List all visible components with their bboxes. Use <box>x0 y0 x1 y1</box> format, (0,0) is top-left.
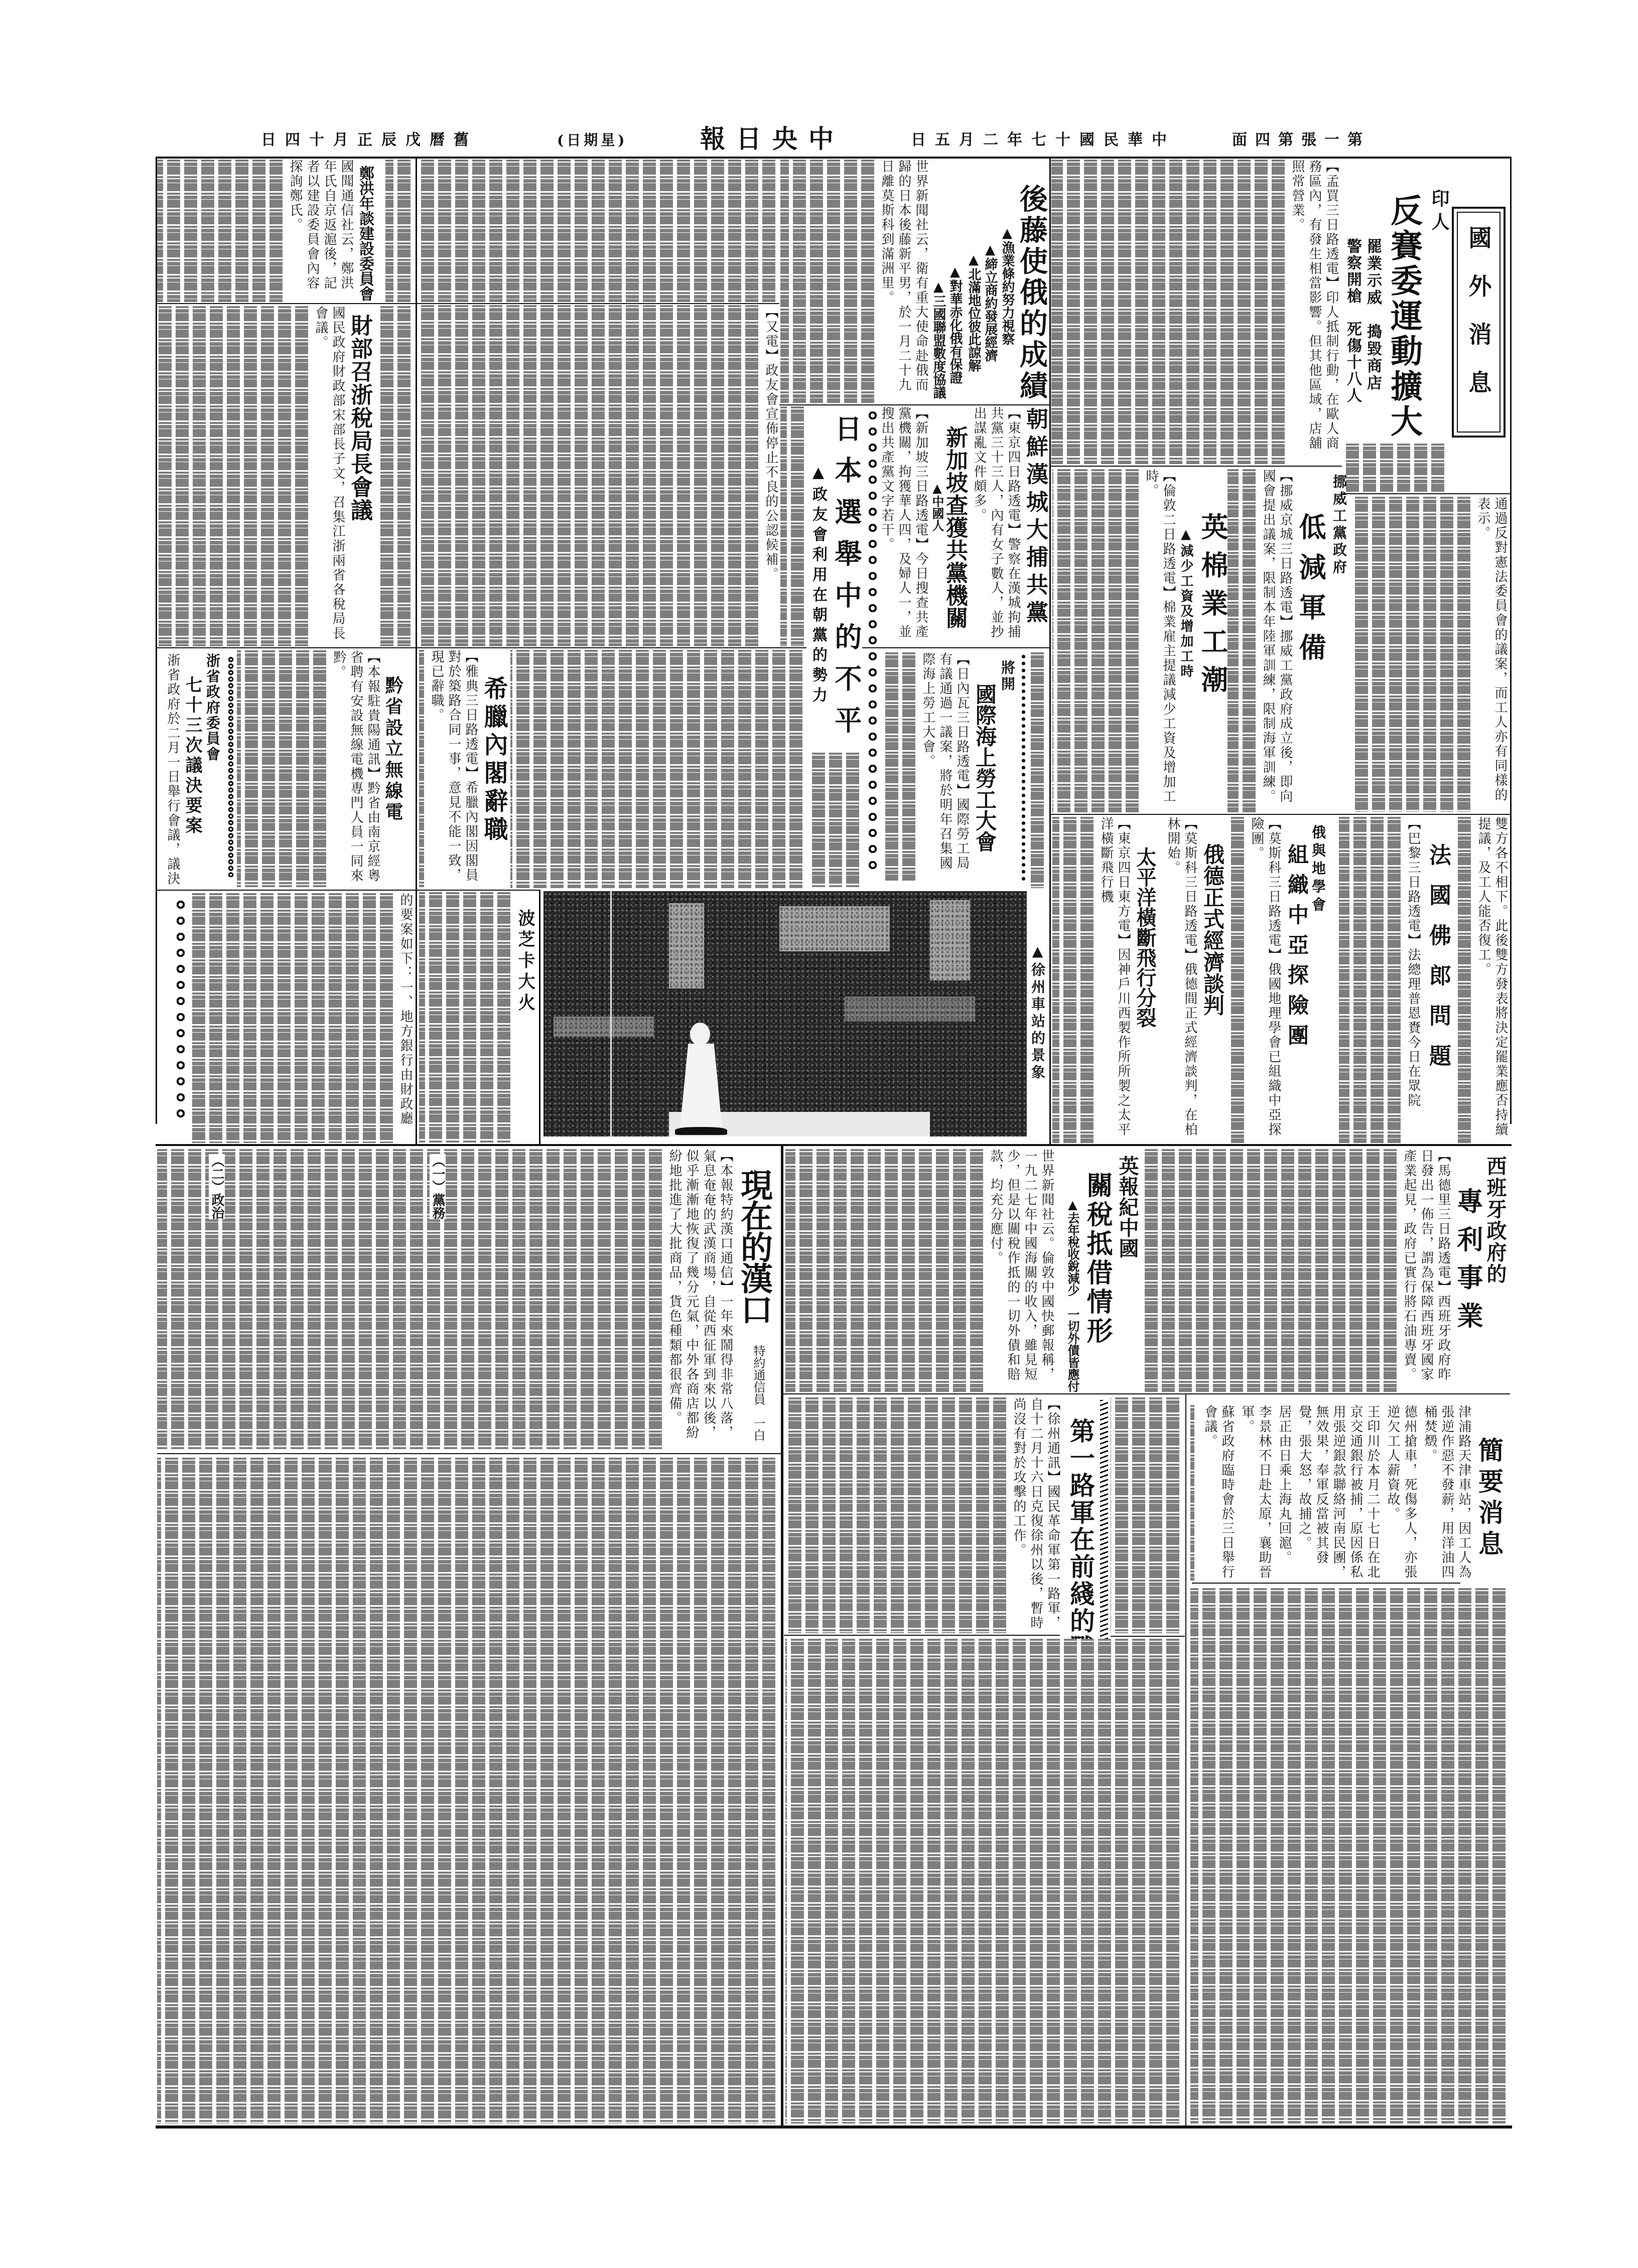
dotted-border <box>1022 655 1025 881</box>
body-text: 【東京四日路透電】警察在漢城拘捕共黨三十三人，內有女子數人，並抄出謀亂文件頗多。 <box>973 406 1022 646</box>
body-text: 【孟買三日路透電】印人抵制行動，在歐人商務區內，有發生相當影響。但其他區域，店舖… <box>1289 160 1340 465</box>
illegible-body-text <box>510 650 806 888</box>
headline-labor-conference: 國際海上勞工大會 <box>974 683 995 852</box>
subhead: ▲三國聯盟數度協議 <box>932 279 945 399</box>
headline-finance: 財部召浙稅局長會議 <box>348 314 370 522</box>
article-body: 【又電】政友會宣佈停止不良的公認候補。 <box>418 305 779 646</box>
body-text: 【新加坡三日路透電】今日搜查共產黨機關，拘獲華人四，及婦人一，並搜出共產黨文字若… <box>882 406 929 646</box>
subhead: ▲政友會利用在朝黨的勢力 <box>810 464 826 707</box>
headline-guizhou: 黔省設立無線電 <box>384 676 402 823</box>
article-body: 【徐州通訊】國民革命軍第一路軍，自十二月十六日克復徐州以後，暫時尚沒有對於攻擊的… <box>785 1397 1061 1633</box>
section-label: （二）政治 <box>209 1154 225 1219</box>
illegible-body-text <box>1190 1588 1510 2123</box>
article-body: 【孟買三日路透電】印人抵制行動，在歐人商務區內，有發生相當影響。但其他區域，店舖… <box>1051 160 1340 465</box>
brief-item: 津浦路天津車站，因工人為張逆作惡不發薪，用洋油四桶焚燬。 <box>1421 1405 1472 1581</box>
photo-signboard <box>845 997 975 1022</box>
headline-russia-germany: 俄德正式經濟談判 <box>1202 843 1223 1016</box>
section-rule <box>157 890 539 891</box>
article-body: 【本報駐貴陽通訊】黔省由南京經粵省聘有安設無線電機專門人員一同來黔。 <box>237 650 381 887</box>
column-rule <box>1185 1394 1186 2125</box>
frame-bottom <box>156 2125 1512 2129</box>
body-text: 國聞通信社云，鄭洪年氏自京返滬後，記者以建設委員會內容探詢鄭氏。 <box>287 160 355 302</box>
masthead: 中央日報 <box>700 126 845 152</box>
photo-pole <box>610 891 612 1137</box>
illegible-body-text <box>1029 652 1048 888</box>
article-body <box>385 160 415 302</box>
article-body-continued <box>157 1458 779 2123</box>
article-body: 【雅典三日路透電】希臘內閣因閣員對於築路合同一事，意見不能一致，現已辭職。 <box>419 650 479 887</box>
section-rule <box>1111 1636 1185 1637</box>
section-label: （一）黨務 <box>430 1154 446 1219</box>
section-box-inner: 國外消息 <box>1457 212 1500 433</box>
headline-pacific-flight: 太平洋橫斷飛行分裂 <box>1135 847 1155 1028</box>
subhead: 罷業示威 搗毀商店 <box>1365 238 1380 392</box>
photo-caption: ▲徐州車站的景象 <box>1030 943 1044 1082</box>
column-rule <box>539 890 540 1144</box>
brief-items: 津浦路天津車站，因工人為張逆作惡不發薪，用洋油四桶焚燬。 德州搶車，死傷多人，亦… <box>1190 1405 1472 1581</box>
headline-zhejiang: 七十三次議決要案 <box>184 676 201 836</box>
section-rule <box>784 1635 1060 1636</box>
illegible-body-text <box>1052 469 1143 812</box>
column-rule <box>416 159 417 1144</box>
brief-item: 德州搶車，死傷多人，亦張逆欠工人薪資故。 <box>1384 1405 1418 1581</box>
illegible-body-text <box>1051 160 1289 465</box>
article-body: 【倫敦二日路透電】棉業雇主提議減少工資及增加工時。 <box>1052 469 1177 812</box>
headline-norway: 低減軍備 <box>1297 513 1324 673</box>
body-text: 【莫斯科三日路透電】俄國地理學會已組織中亞探險團。 <box>1248 817 1282 1143</box>
illegible-body-text <box>1228 817 1248 1143</box>
headline-korea: 朝鮮漢城大捕共黨 <box>1024 407 1046 628</box>
article-body: 世界新聞社云。倫敦中國快郵報稱，一九二七年中國海關的收入，雖見短少，但是以關稅作… <box>785 1149 1055 1392</box>
article-body: 【日內瓦三日路透電】國際勞工局有議通過一議案，將於明年召集國際海上勞工大會。 <box>884 652 971 881</box>
section-rule <box>1051 814 1511 815</box>
headline-spain: 專利事業 <box>1454 1188 1480 1340</box>
article-body: 【新加坡三日路透電】今日搜查共產黨機關，拘獲華人四，及婦人一，並搜出共產黨文字若… <box>882 406 929 646</box>
body-text: 世界新聞社云。倫敦中國快郵報稱，一九二七年中國海關的收入，雖見短少，但是以關稅作… <box>987 1149 1055 1392</box>
frame-right <box>1510 157 1512 1124</box>
article-body-continued <box>418 160 779 302</box>
ornament-column <box>227 656 235 877</box>
photo-signboard <box>554 1017 654 1037</box>
illegible-body-text <box>1339 817 1405 1143</box>
subhead: 警察開槍 死傷十八人 <box>1345 238 1360 404</box>
body-text: 【日內瓦三日路透電】國際勞工局有議通過一議案，將於明年召集國際海上勞工大會。 <box>919 652 971 881</box>
illegible-body-text <box>780 406 808 646</box>
brief-item: 蘇省政府臨時會於三日舉行會議。 <box>1201 1405 1236 1581</box>
headline-uk-report: 關稅抵借情形 <box>1084 1172 1110 1346</box>
headline-briefs: 簡要消息 <box>1476 1437 1501 1562</box>
article-body-continued: 通過反對憲法委員會的議案，而工人亦有同樣的表示。 <box>1354 497 1509 812</box>
weekday: (星期日) <box>557 133 628 148</box>
news-photo-xuzhou-station <box>543 891 1027 1137</box>
section-rule <box>783 1393 1510 1394</box>
illegible-body-text <box>419 892 514 1143</box>
column-rule <box>1049 159 1051 1144</box>
headline-france: 法國佛郎問題 <box>1427 843 1449 1084</box>
subhead: ▲減少工資及增加工時 <box>1179 527 1192 679</box>
article-body-continued <box>510 650 806 888</box>
illegible-body-text <box>785 1639 1183 2123</box>
article-body-continued <box>1111 1397 1183 1633</box>
article-body: 國聞通信社云，鄭洪年氏自京返滬後，記者以建設委員會內容探詢鄭氏。 <box>157 160 355 302</box>
article-body-continued: 的要案如下：一、地方銀行由財政廳 <box>191 893 414 1143</box>
brief-item: 居正由日乘上海丸回滬。 <box>1276 1405 1293 1581</box>
body-text: 【徐州通訊】國民革命軍第一路軍，自十二月十六日克復徐州以後，暫時尚沒有對於攻擊的… <box>1010 1397 1061 1633</box>
headline-uk-cotton: 英棉業工潮 <box>1199 513 1226 703</box>
ornament-border <box>1100 1400 1108 1661</box>
subhead: ▲漁業條約努力視察 <box>1001 226 1014 345</box>
lunar-date: 舊曆戊辰正月十四日 <box>261 132 478 148</box>
page-label: 第一張第四面 <box>1232 132 1371 148</box>
article-body: 【莫斯科三日路透電】俄國地理學會已組織中亞探險團。 <box>1228 817 1282 1143</box>
photo-person-feet <box>675 1127 727 1135</box>
headline-japan-election: 日本選舉中的不平 <box>833 414 860 748</box>
article-body <box>419 892 514 1143</box>
body-text: 浙省政府於二月一日舉行會議，議決 <box>164 653 181 887</box>
body-text: 【莫斯科三日路透電】俄德間正式經濟談判，在柏林開始。 <box>1164 817 1198 1143</box>
subhead: ▲中國人 <box>931 481 943 531</box>
section-rule <box>1192 1583 1460 1584</box>
kicker: 英報紀中國 <box>1117 1156 1137 1258</box>
body-text: 【本報特約漢口通信】一年來鬧得非常八落，氣息奄奄的武漢商場，自從西征軍到來以後，… <box>666 1149 734 1450</box>
newspaper-page: 舊曆戊辰正月十四日 (星期日) 中央日報 中華民國十七年二月五日 第一張第四面 … <box>0 0 1638 2268</box>
body-text: 雙方各不相下。此後雙方發表將決定罷業應否持續提議，及工人能否復工。 <box>1475 817 1509 1143</box>
illegible-body-text <box>1354 497 1474 812</box>
body-text: 【又電】政友會宣佈停止不良的公認候補。 <box>762 305 779 646</box>
section-rule <box>862 647 1049 648</box>
photo-person-body <box>678 1044 724 1130</box>
brief-items-continued <box>1190 1588 1510 2123</box>
illegible-body-text <box>785 1397 1010 1633</box>
photo-person-head <box>690 1023 710 1046</box>
ornament-column <box>174 897 188 1125</box>
headline-greece: 希臘內閣辭職 <box>482 676 506 844</box>
headline-zheng: 鄭洪年談建設委員會 <box>357 166 372 301</box>
illegible-body-text <box>419 650 428 887</box>
illegible-body-text <box>785 1149 987 1392</box>
illegible-body-text <box>385 160 415 302</box>
illegible-body-text <box>1052 817 1098 1143</box>
article-body: 【東京四日路透電】警察在漢城拘捕共黨三十三人，內有女子數人，並抄出謀亂文件頗多。 <box>973 406 1022 646</box>
article-body: 國民政府財政部宋部長子文，召集江浙兩省各稅局長會議。 <box>157 306 346 646</box>
kicker: 西班牙政府的 <box>1485 1156 1505 1285</box>
body-text: 的要案如下：一、地方銀行由財政廳 <box>397 893 414 1143</box>
subhead: ▲締立商約發展經濟 <box>984 242 997 362</box>
illegible-body-text <box>1190 1405 1198 1581</box>
main-divider <box>156 1144 1512 1146</box>
article-body: 浙省政府於二月一日舉行會議，議決 <box>164 653 181 887</box>
byline: 特約通信員 一白 <box>752 1345 764 1441</box>
body-text: 【東京四日東方電】因神戶川西製作所所製之太平洋橫斷飛行機 <box>1098 817 1132 1143</box>
article-body <box>1345 444 1448 492</box>
headline-russia-expedition: 組織中亞探險團 <box>1286 843 1307 1054</box>
section-rule <box>1342 493 1511 494</box>
header-rule <box>156 157 1512 159</box>
section-box-foreign-news: 國外消息 <box>1452 207 1506 438</box>
kicker: 浙省政府委員會 <box>205 653 219 762</box>
article-body: 【馬德里三日路透電】西班牙政府昨日發出一佈告，謂為保障西班牙國家產業起見，政府已… <box>1142 1149 1452 1392</box>
gregorian-date: 中華民國十七年二月五日 <box>911 132 1176 148</box>
illegible-body-text <box>1142 1149 1401 1392</box>
illegible-body-text <box>157 160 287 302</box>
illegible-body-text <box>1160 817 1164 1143</box>
brief-item: 李景林不日赴太原，襄助晉軍。 <box>1239 1405 1273 1581</box>
article-body: 【莫斯科三日路透電】俄德間正式經濟談判，在柏林開始。 <box>1160 817 1198 1143</box>
headline-goto: 後藤使俄的成績 <box>1018 184 1046 402</box>
article-body-continued <box>785 1639 1183 2123</box>
brief-item: 王印川於本月二十七日在北京交通銀行被捕，原因係私用張逆銀款聯絡河南民團，無效果，… <box>1296 1405 1381 1581</box>
kicker: 挪威工黨政府 <box>1332 474 1346 577</box>
ornament-column <box>866 407 880 871</box>
body-text: 【本報駐貴陽通訊】黔省由南京經粵省聘有安設無線電機專門人員一同來黔。 <box>330 650 381 887</box>
article-body-continued <box>809 753 863 888</box>
subhead: ▲對華赤化俄有保證 <box>948 264 962 384</box>
illegible-body-text <box>1111 1397 1183 1633</box>
illegible-body-text <box>809 753 863 888</box>
illegible-body-text <box>237 650 330 887</box>
article-body: 【東京四日東方電】因神戶川西製作所所製之太平洋橫斷飛行機 <box>1052 817 1132 1143</box>
body-text: 通過反對憲法委員會的議案，而工人亦有同樣的表示。 <box>1474 497 1509 812</box>
body-text: 【雅典三日路透電】希臘內閣因閣員對於築路合同一事，意見不能一致，現已辭職。 <box>428 650 479 887</box>
illegible-body-text <box>191 893 397 1143</box>
body-text: 【挪威京城三日路透電】挪威工黨政府成立後，即向國會提出議案，限制本年陸軍訓練，限… <box>1260 469 1294 812</box>
photo-signboard <box>669 903 704 988</box>
headline-india: 反賽委運動擴大 <box>1388 194 1420 440</box>
article-body: 世界新聞社云，衛有重大使命赴俄而歸的日本後藤新平男，於一月二十九日離莫斯科到滿洲… <box>780 160 929 403</box>
column-rule-thick <box>781 1146 783 2125</box>
illegible-body-text <box>157 306 312 646</box>
illegible-body-text <box>1458 817 1475 1143</box>
headline-hankou: 現在的漢口 <box>738 1169 770 1324</box>
headline-fire: 波芝卡大火 <box>516 909 533 1015</box>
illegible-body-text <box>157 1458 779 2123</box>
article-body: 【挪威京城三日路透電】挪威工黨政府成立後，即向國會提出議案，限制本年陸軍訓練，限… <box>1227 469 1294 812</box>
section-rule <box>417 303 779 304</box>
body-text: 【倫敦二日路透電】棉業雇主提議減少工資及增加工時。 <box>1143 469 1177 812</box>
section-rule <box>1051 466 1342 467</box>
article-body <box>1029 652 1048 888</box>
kicker: 印人 <box>1430 189 1448 235</box>
section-rule <box>157 647 806 648</box>
article-body: 【巴黎三日路透電】法總理普恩賚今日在眾院 <box>1339 817 1422 1143</box>
illegible-body-text <box>377 306 415 646</box>
illegible-body-text <box>157 1149 666 1450</box>
photo-signboard <box>930 900 970 980</box>
body-text: 國民政府財政部宋部長子文，召集江浙兩省各稅局長會議。 <box>312 306 346 646</box>
section-title: 國外消息 <box>1467 226 1490 418</box>
illegible-body-text <box>1345 444 1448 492</box>
photo-signboard <box>779 906 890 951</box>
body-text: 【巴黎三日路透電】法總理普恩賚今日在眾院 <box>1405 817 1422 1143</box>
body-text: 【馬德里三日路透電】西班牙政府昨日發出一佈告，謂為保障西班牙國家產業起見，政府已… <box>1401 1149 1452 1392</box>
section-rule <box>157 303 416 304</box>
illegible-body-text <box>884 652 919 881</box>
section-rule <box>779 404 1049 405</box>
section-rule <box>157 1453 781 1454</box>
kicker: 俄與地學會 <box>1311 825 1325 915</box>
article-body-continued <box>780 406 808 646</box>
article-body-continued: 雙方各不相下。此後雙方發表將決定罷業應否持續提議，及工人能否復工。 <box>1458 817 1509 1143</box>
headline-singapore: 新加坡查獲共黨機關 <box>943 426 966 629</box>
illegible-body-text <box>780 160 878 403</box>
subhead: ▲去年稅收銳減少 一切外債皆應付 <box>1066 1197 1078 1392</box>
article-body: 【本報特約漢口通信】一年來鬧得非常八落，氣息奄奄的武漢商場，自從西征軍到來以後，… <box>157 1149 734 1450</box>
illegible-body-text <box>418 305 762 646</box>
subhead: ▲北滿地位彼此諒解 <box>967 252 980 372</box>
illegible-body-text <box>1227 469 1260 812</box>
body-text: 世界新聞社云，衛有重大使命赴俄而歸的日本後藤新平男，於一月二十九日離莫斯科到滿洲… <box>878 160 929 403</box>
kicker: 將開 <box>1000 660 1014 692</box>
article-body <box>377 306 415 646</box>
illegible-body-text <box>418 160 779 302</box>
brief-list: 津浦路天津車站，因工人為張逆作惡不發薪，用洋油四桶焚燬。 德州搶車，死傷多人，亦… <box>1198 1405 1472 1581</box>
